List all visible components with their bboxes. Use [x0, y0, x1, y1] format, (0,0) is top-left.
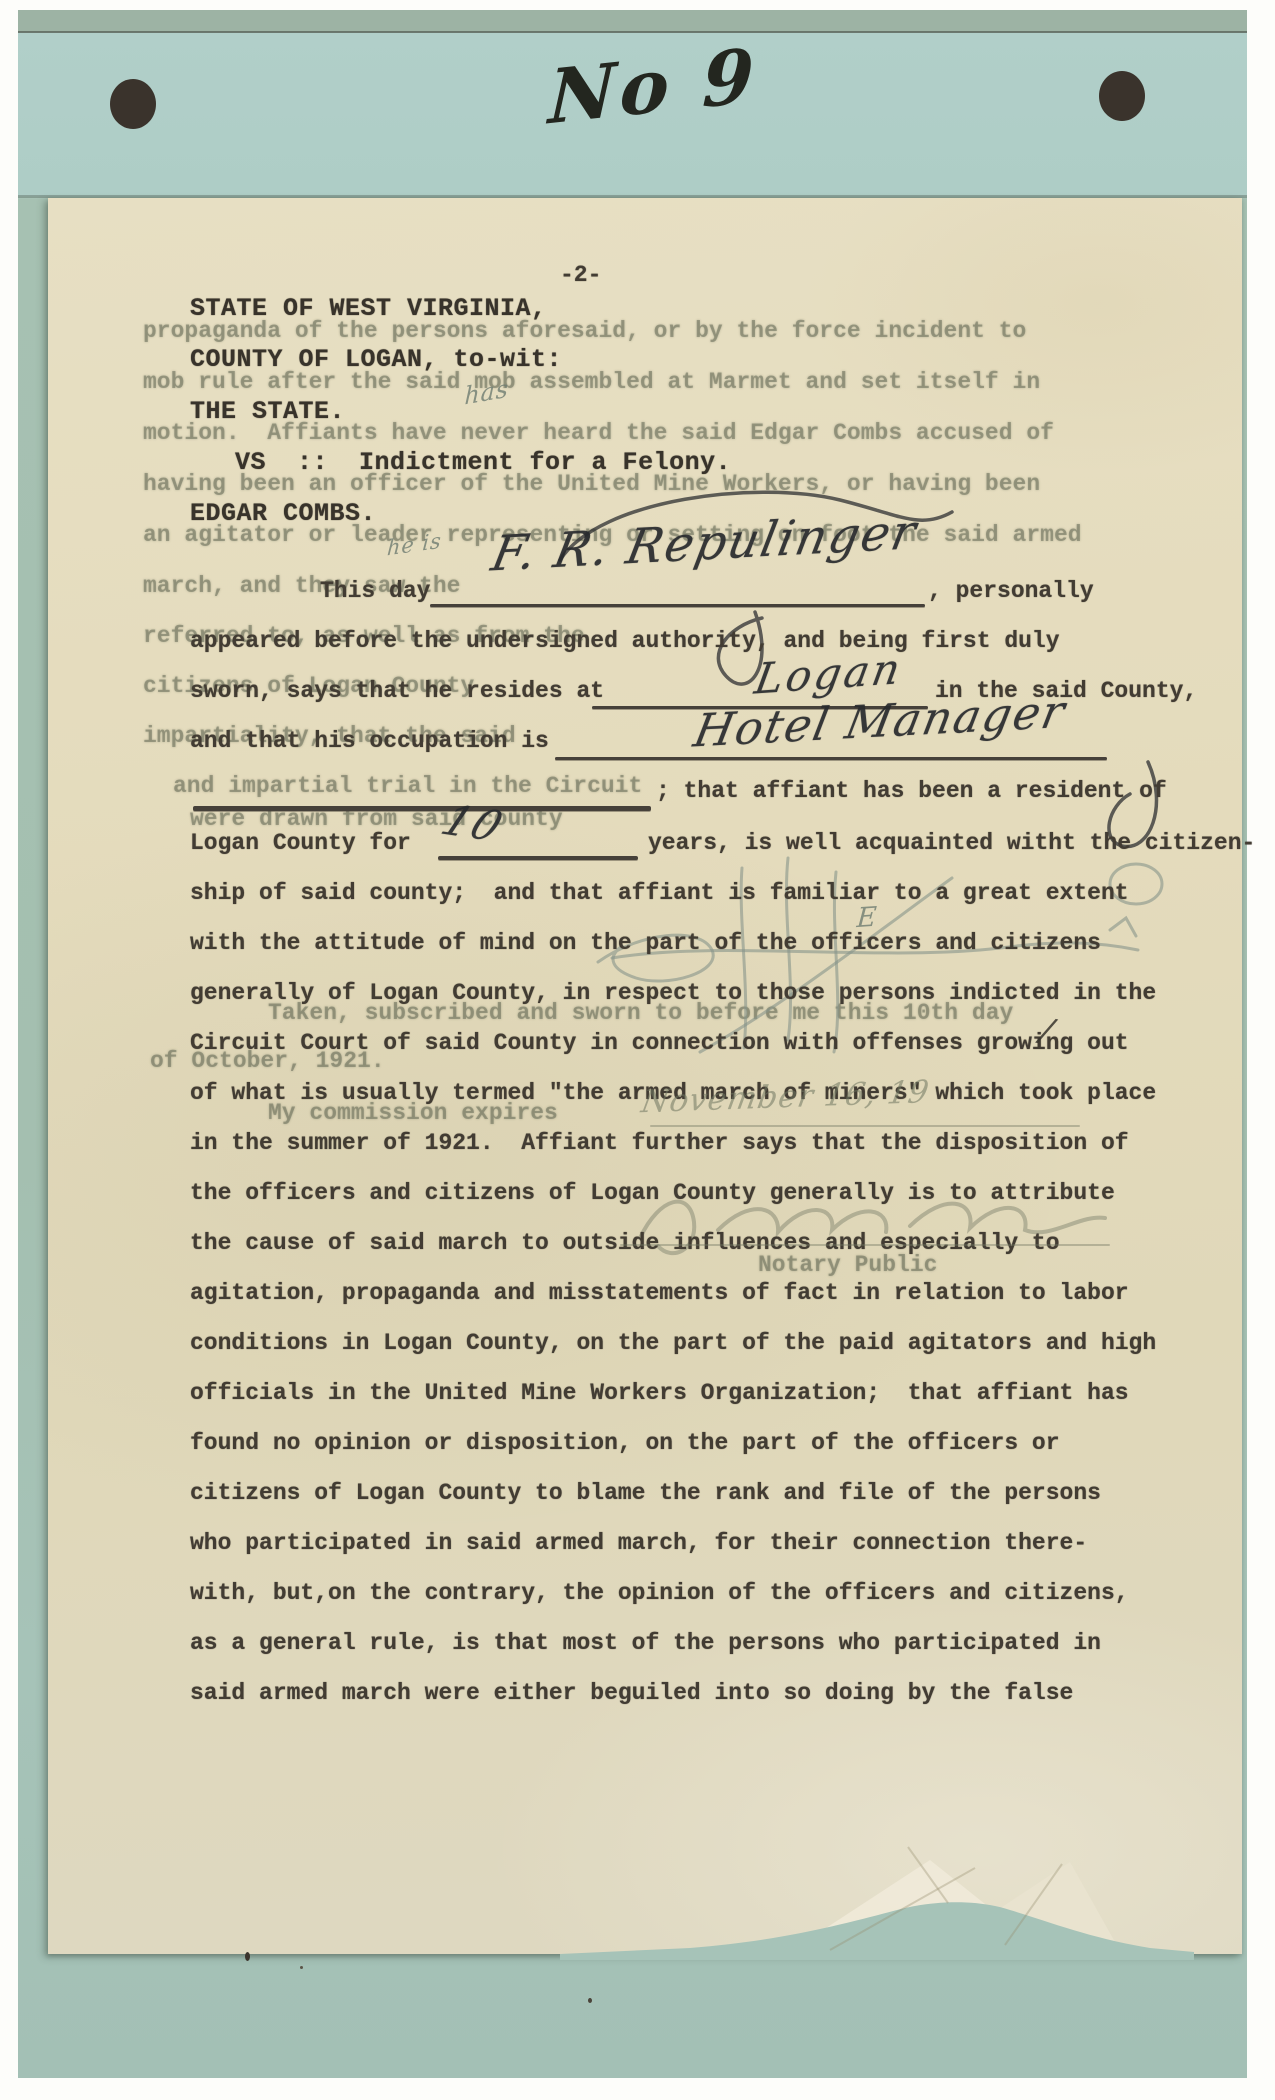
backing-seam-line [18, 31, 1247, 33]
hole-punch-left [110, 79, 156, 129]
ink-speck [588, 1998, 592, 2003]
torn-paper-bottom-edge [48, 1845, 1242, 1960]
hole-punch-right [1099, 71, 1145, 121]
ink-speck [245, 1952, 250, 1961]
document-paper [48, 198, 1242, 1954]
ink-speck [300, 1966, 303, 1969]
scanned-affidavit-page: No 9 propaganda of the persons aforesaid… [0, 0, 1275, 2100]
